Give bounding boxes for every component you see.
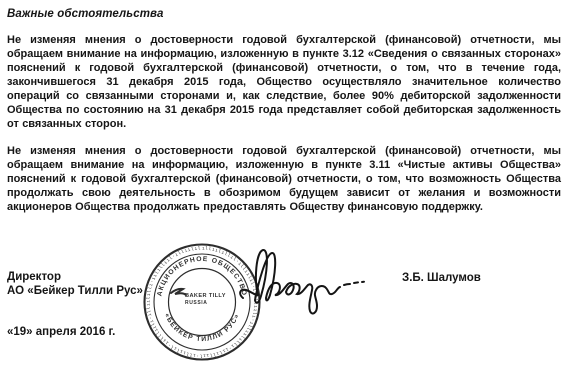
- company-seal-stamp: ıllıılıllıl·ıllıılıl·ıılllıılı·ıllıılıll…: [141, 241, 263, 363]
- text-line: операций со связанными сторонами и, как …: [7, 89, 561, 103]
- text-line: пояснений к годовой бухгалтерской (финан…: [7, 172, 561, 186]
- text-line: от связанных сторон.: [7, 117, 561, 131]
- document-body: Важные обстоятельства Не изменяя мнения …: [7, 8, 561, 214]
- signature-trailing-dashes: [344, 282, 364, 285]
- document-date: «19» апреля 2016 г.: [7, 326, 115, 338]
- text-line: продолжать свою деятельность в обозримом…: [7, 186, 561, 200]
- text-line: акционеров Общества продолжать предостав…: [7, 200, 561, 214]
- text-line: Общества по состоянию на 31 декабря 2015…: [7, 103, 561, 117]
- baker-tilly-logo-mark-icon: [171, 289, 186, 295]
- signatory-title: Директор АО «Бейкер Тилли Рус»: [7, 271, 143, 298]
- signatory-name: З.Б. Шалумов: [402, 272, 481, 284]
- signatory-title-line1: Директор: [7, 271, 143, 285]
- seal-bottom-text-path: «БЕЙКЕР ТИЛЛИ РУС»: [163, 312, 241, 343]
- seal-center-logo-line1: BAKER TILLY: [185, 293, 226, 299]
- text-line: Не изменяя мнения о достоверности годово…: [7, 33, 561, 47]
- text-line: закончившегося 31 декабря 2015 года, Общ…: [7, 75, 561, 89]
- seal-center-logo-line2: RUSSIA: [185, 300, 208, 306]
- paragraph-net-assets: Не изменяя мнения о достоверности годово…: [7, 144, 561, 214]
- seal-bottom-text: «БЕЙКЕР ТИЛЛИ РУС»: [163, 312, 241, 343]
- scanned-document-page: Важные обстоятельства Не изменяя мнения …: [0, 0, 568, 369]
- text-line: Не изменяя мнения о достоверности годово…: [7, 144, 561, 158]
- section-heading: Важные обстоятельства: [7, 8, 561, 20]
- paragraph-related-parties: Не изменяя мнения о достоверности годово…: [7, 33, 561, 131]
- text-line: пояснений к годовой бухгалтерской (финан…: [7, 61, 561, 75]
- text-line: обращаем внимание на информацию, изложен…: [7, 158, 561, 172]
- signatory-title-line2: АО «Бейкер Тилли Рус»: [7, 285, 143, 299]
- text-line: обращаем внимание на информацию, изложен…: [7, 47, 561, 61]
